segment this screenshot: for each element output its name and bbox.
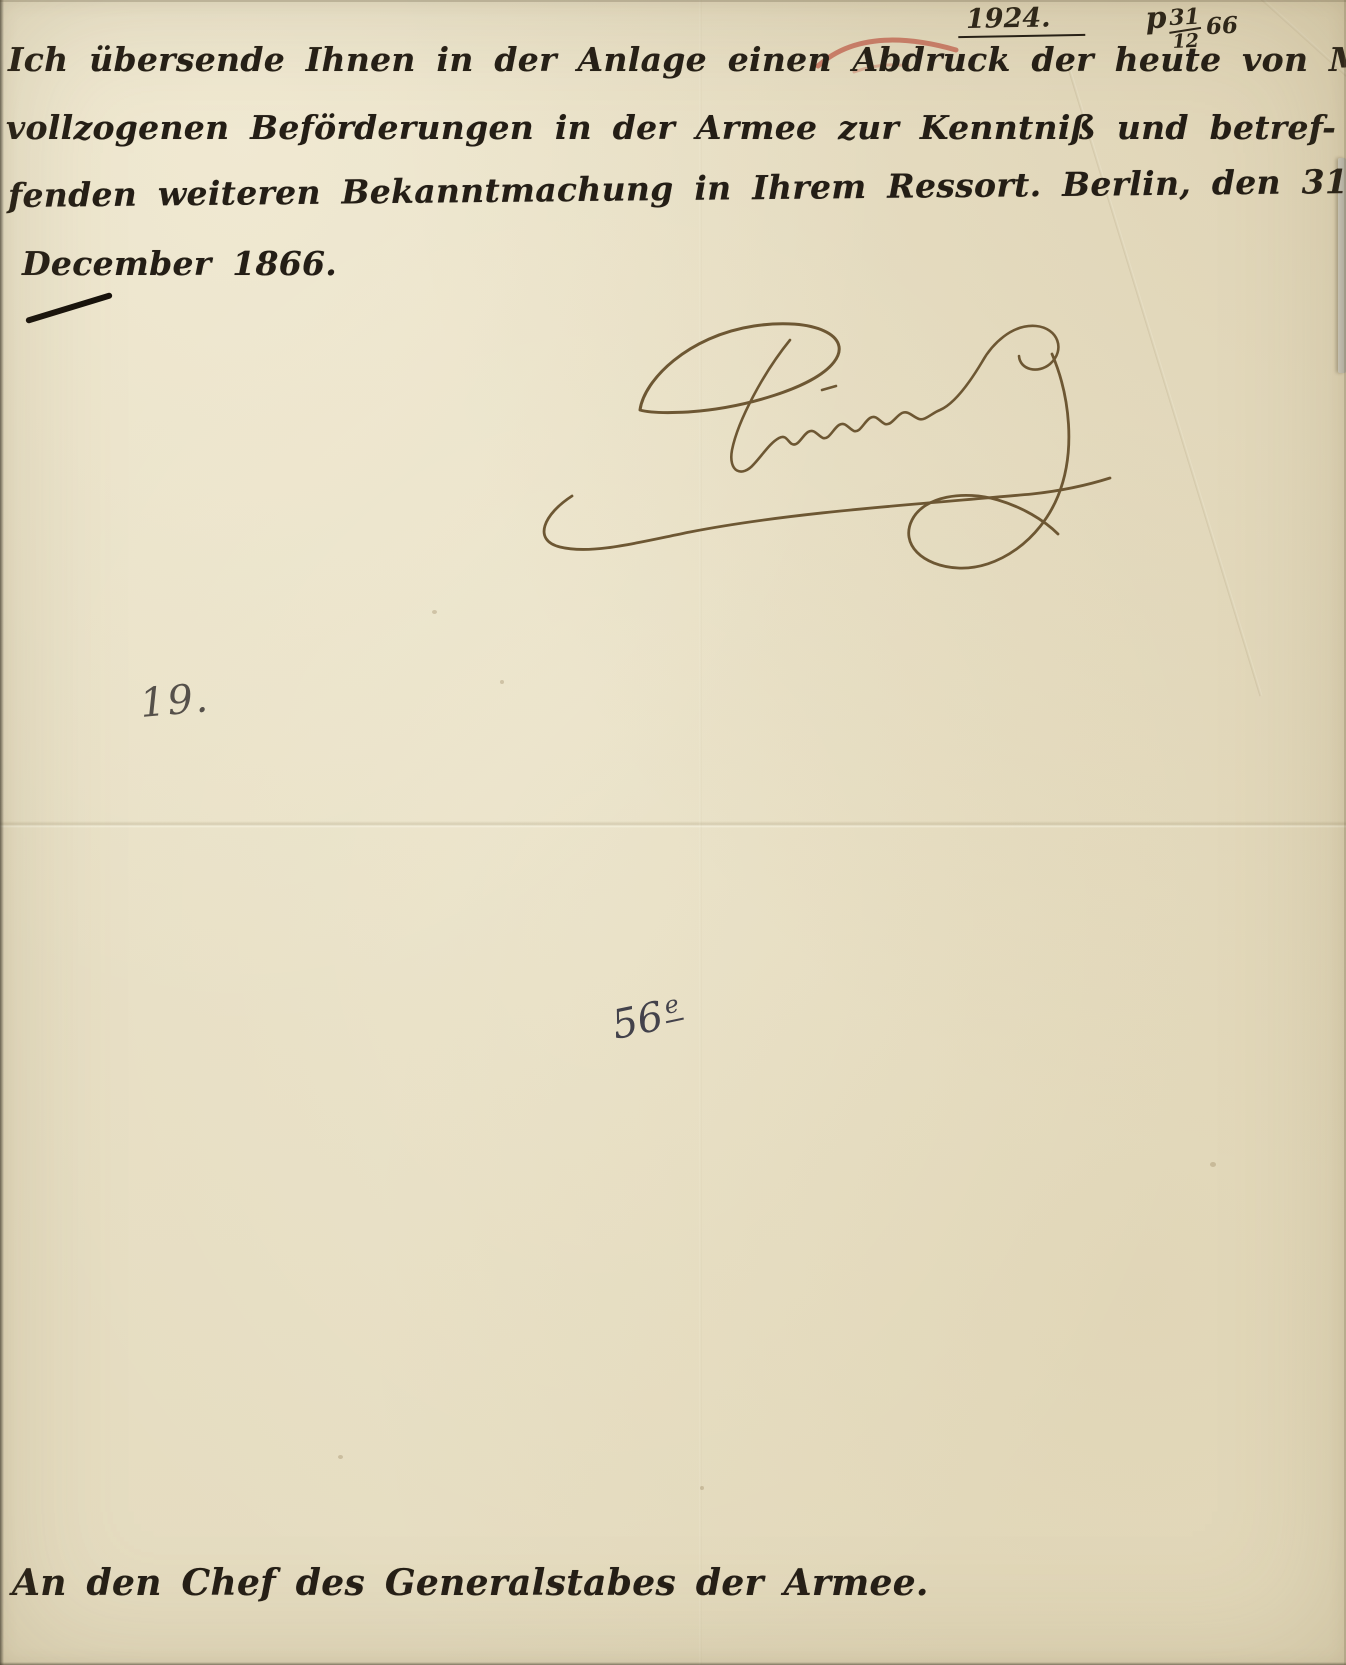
date-code-prefix: p: [1145, 0, 1168, 36]
foxing-spot: [700, 1486, 704, 1490]
date-fraction-numerator: 31: [1169, 6, 1201, 30]
foxing-spot: [338, 1455, 343, 1459]
archive-number: 56e: [608, 989, 687, 1049]
horizontal-fold-crease: [0, 821, 1346, 828]
foxing-spot: [432, 610, 437, 614]
body-line: vollzogenen Beförderungen in der Armee z…: [6, 108, 1336, 147]
body-line: Ich übersende Ihnen in der Anlage einen …: [8, 40, 1346, 79]
archive-number-value: 56: [608, 993, 667, 1049]
registration-number: 1924.: [958, 2, 1085, 38]
ink-flourish-dash: [25, 292, 113, 324]
body-line: fenden weiteren Bekanntmachung in Ihrem …: [8, 162, 1346, 215]
foxing-spot: [1210, 1162, 1216, 1167]
vertical-fold-crease: [699, 0, 702, 1665]
address-line: An den Chef des Generalstabes der Armee.: [12, 1562, 929, 1604]
archive-number-suffix: e: [660, 989, 684, 1023]
foxing-spot: [500, 680, 504, 684]
pencil-page-number: 19.: [138, 675, 211, 727]
paper-edge-left: [0, 0, 4, 1665]
signature-wilhelm: Wilhelm: [492, 288, 1132, 583]
letter-page: 1924. p 31 12 66 Ich übersende Ihnen in …: [0, 0, 1346, 1665]
body-line: December 1866.: [22, 244, 337, 283]
date-code-year: 66: [1205, 12, 1238, 41]
